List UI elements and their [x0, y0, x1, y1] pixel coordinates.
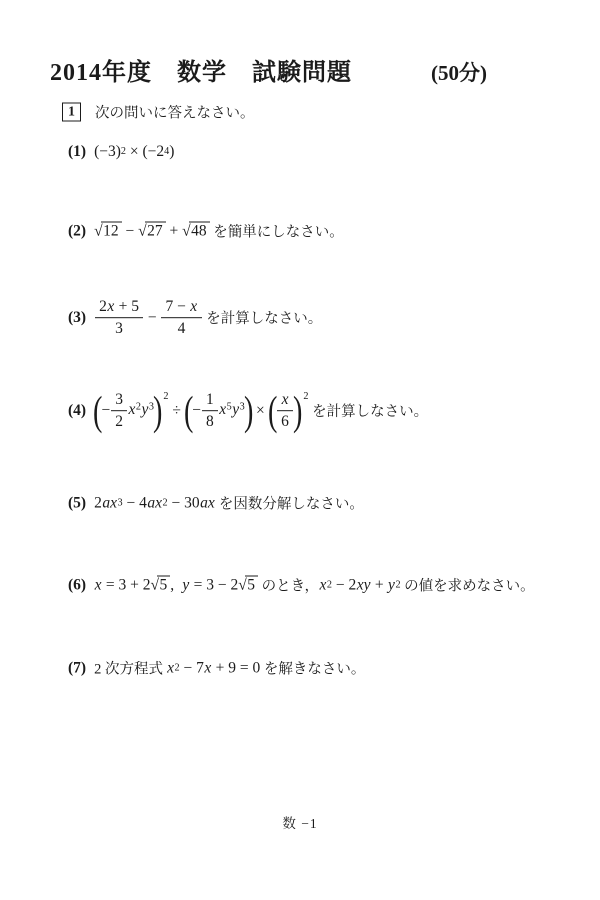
math-variable: x: [107, 298, 115, 315]
math-text: = 3 − 2: [190, 576, 238, 594]
fraction-denominator: 3: [95, 319, 143, 338]
instruction-text: を解きなさい。: [260, 658, 365, 679]
math-variable: y: [182, 576, 190, 594]
fraction-denominator: 6: [277, 412, 293, 431]
math-text: −: [144, 309, 161, 327]
math-text: 2: [94, 494, 102, 512]
problem-item: (6) x = 3 + 2√5, y = 3 − 2√5 のとき，x2 − 2x…: [68, 575, 535, 596]
problem-expression: √12 − √27 + √48 を簡単にしなさい。: [94, 221, 344, 242]
math-square-root: √5: [150, 576, 170, 595]
fraction-numerator: x: [277, 391, 293, 411]
math-variable: x: [219, 402, 227, 419]
math-text: 3: [115, 391, 123, 408]
title-bar: 2014年度 数学 試験問題 (50分): [50, 57, 487, 87]
problem-label: (4): [68, 402, 86, 420]
left-paren: (: [93, 396, 102, 427]
problem-label: (3): [68, 309, 86, 327]
math-variable: x: [128, 402, 136, 419]
math-text: (−3): [94, 143, 121, 161]
math-parenthesized-group: (−18x5y3): [185, 391, 252, 431]
math-text: 8: [206, 413, 214, 430]
math-parenthesized-group: (x6): [269, 391, 302, 431]
problem-label: (7): [68, 659, 86, 677]
math-fraction: 32: [111, 391, 127, 431]
math-text: − 7: [180, 659, 204, 677]
paren-content: −32x2y3: [102, 391, 155, 431]
instruction-text: のとき，: [258, 575, 319, 596]
math-text: 2: [99, 298, 107, 315]
math-variable: y: [141, 402, 149, 419]
exam-duration: (50分): [431, 57, 487, 87]
math-text: +: [166, 222, 183, 240]
math-text: × (−2: [126, 143, 164, 161]
instruction-text: を計算しなさい。: [308, 401, 428, 422]
paren-content: x6: [276, 391, 294, 431]
math-fraction: 7 − x4: [161, 298, 201, 338]
problem-item: (4) (−32x2y3)2 ÷ (−18x5y3) × (x6)2 を計算しな…: [68, 391, 428, 431]
math-square-root: √48: [182, 222, 210, 241]
math-variable: y: [232, 402, 240, 419]
problem-item: (5) 2ax3 − 4ax2 − 30ax を因数分解しなさい。: [68, 493, 364, 514]
math-text: − 2: [332, 576, 356, 594]
math-variable: x: [94, 576, 102, 594]
page-footer: 数 −1: [0, 812, 600, 832]
math-text: ): [169, 143, 174, 161]
section-header: 1 次の問いに答えなさい。: [62, 102, 255, 123]
fraction-numerator: 1: [202, 391, 218, 411]
math-variable: ax: [102, 494, 118, 512]
problem-expression: 2 次方程式 x2 − 7x + 9 = 0 を解きなさい。: [94, 658, 365, 679]
problem-item: (3) 2x + 53 − 7 − x4 を計算しなさい。: [68, 298, 322, 338]
math-text: 7 −: [165, 298, 189, 315]
math-text: ÷: [169, 402, 185, 420]
math-text: −: [102, 402, 111, 419]
math-text: + 5: [115, 298, 139, 315]
section-instruction: 次の問いに答えなさい。: [95, 102, 255, 123]
math-text: 2: [115, 413, 123, 430]
right-paren: ): [153, 396, 162, 427]
radicand: 12: [101, 222, 122, 240]
math-text: 1: [206, 391, 214, 408]
math-square-root: √5: [238, 576, 258, 595]
left-paren: (: [184, 396, 193, 427]
math-text: 6: [281, 413, 289, 430]
math-text: 4: [178, 320, 186, 337]
problem-expression: (−32x2y3)2 ÷ (−18x5y3) × (x6)2 を計算しなさい。: [94, 391, 428, 431]
right-paren: ): [244, 396, 253, 427]
math-text: + 9 = 0: [212, 659, 260, 677]
fraction-numerator: 2x + 5: [95, 298, 143, 318]
paren-content: −18x5y3: [192, 391, 245, 431]
problem-expression: x = 3 + 2√5, y = 3 − 2√5 のとき，x2 − 2xy + …: [94, 575, 535, 596]
math-text: ,: [170, 576, 182, 594]
fraction-numerator: 7 − x: [161, 298, 201, 318]
problem-item: (1) (−3)2 × (−24): [68, 143, 174, 161]
math-text: ×: [252, 402, 269, 420]
radicand: 48: [189, 222, 210, 240]
math-variable: xy: [356, 576, 371, 594]
problem-label: (2): [68, 222, 86, 240]
math-square-root: √27: [138, 222, 166, 241]
math-text: − 30: [168, 494, 200, 512]
instruction-text: を計算しなさい。: [203, 308, 323, 329]
problem-item: (7) 2 次方程式 x2 − 7x + 9 = 0 を解きなさい。: [68, 658, 365, 679]
math-text: − 4: [123, 494, 147, 512]
math-variable: y: [388, 576, 396, 594]
radicand: 5: [245, 576, 258, 594]
math-text: −: [122, 222, 139, 240]
problem-label: (1): [68, 143, 86, 161]
fraction-denominator: 2: [111, 412, 127, 431]
left-paren: (: [268, 396, 277, 427]
math-text: 3: [115, 320, 123, 337]
fraction-numerator: 3: [111, 391, 127, 411]
math-variable: x: [319, 576, 327, 594]
math-variable: x: [190, 298, 198, 315]
fraction-denominator: 4: [161, 319, 201, 338]
radicand: 27: [145, 222, 166, 240]
problem-item: (2) √12 − √27 + √48 を簡単にしなさい。: [68, 221, 344, 242]
right-paren: ): [293, 396, 302, 427]
radicand: 5: [157, 576, 170, 594]
math-variable: ax: [200, 494, 216, 512]
exam-page: 2014年度 数学 試験問題 (50分) 1 次の問いに答えなさい。 (1) (…: [0, 0, 600, 900]
math-variable: x: [281, 391, 289, 408]
instruction-text: の値を求めなさい。: [401, 575, 535, 596]
problem-expression: 2ax3 − 4ax2 − 30ax を因数分解しなさい。: [94, 493, 364, 514]
problem-expression: 2x + 53 − 7 − x4 を計算しなさい。: [94, 298, 322, 338]
math-variable: x: [204, 659, 212, 677]
problem-label: (6): [68, 576, 86, 594]
section-number-box: 1: [62, 103, 81, 122]
instruction-text: 2 次方程式: [94, 658, 167, 679]
math-fraction: 18: [202, 391, 218, 431]
math-variable: x: [167, 659, 175, 677]
math-text: −: [192, 402, 201, 419]
math-exponent: 5: [227, 401, 232, 412]
math-fraction: 2x + 53: [95, 298, 143, 338]
math-square-root: √12: [94, 222, 122, 241]
math-text: = 3 + 2: [102, 576, 150, 594]
instruction-text: を簡単にしなさい。: [210, 221, 344, 242]
math-fraction: x6: [277, 391, 293, 431]
math-parenthesized-group: (−32x2y3): [94, 391, 161, 431]
math-text: +: [371, 576, 388, 594]
page-title: 2014年度 数学 試験問題: [50, 60, 352, 86]
fraction-denominator: 8: [202, 412, 218, 431]
problem-label: (5): [68, 494, 86, 512]
math-variable: ax: [147, 494, 163, 512]
problem-expression: (−3)2 × (−24): [94, 143, 174, 161]
instruction-text: を因数分解しなさい。: [215, 493, 364, 514]
